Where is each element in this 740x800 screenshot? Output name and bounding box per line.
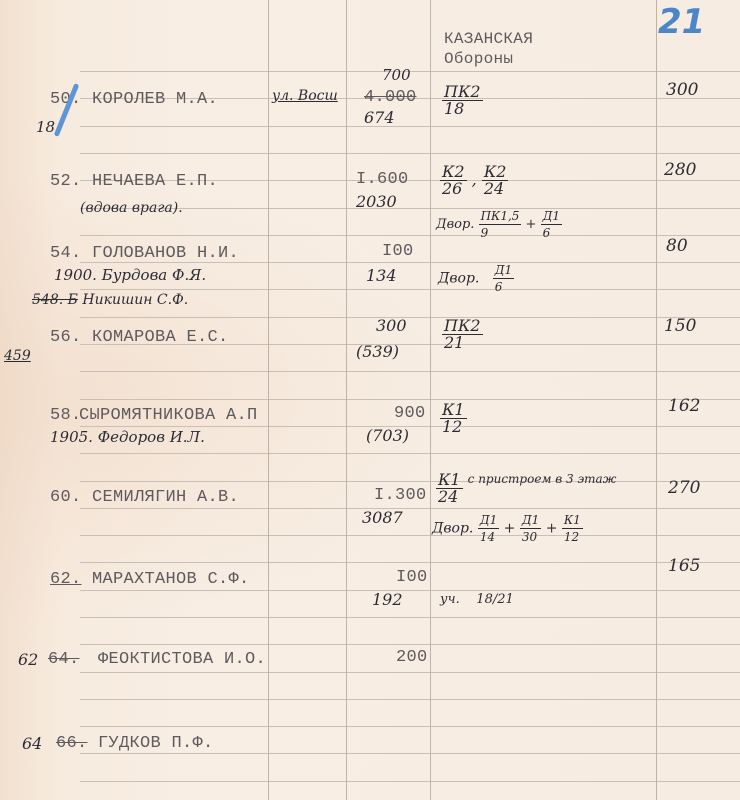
ruled-line [80, 126, 740, 127]
amount-hand-top: 300 [376, 316, 407, 335]
extra-codes: уч. 18/21 [440, 592, 514, 607]
amount-typed: 900 [394, 404, 426, 423]
column-divider [268, 0, 269, 800]
code-fractions: К226 , К224 [440, 164, 508, 197]
entry-sub-note: 1905. Федоров И.Л. [50, 428, 205, 446]
margin-note: 459 [4, 348, 31, 364]
ruled-line [80, 481, 740, 482]
entry-note: ул. Восш [272, 88, 338, 104]
amount-struck: 4.000 [364, 88, 417, 107]
ruled-line [80, 535, 740, 536]
entry-name: КОМАРОВА Е.С. [92, 328, 229, 347]
column-divider [430, 0, 431, 800]
amount-typed: I.600 [356, 170, 409, 189]
entry-value: 80 [666, 236, 688, 256]
entry-number: 54. [50, 244, 82, 263]
ruled-line [80, 235, 740, 236]
entry-name: СЕМИЛЯГИН А.В. [92, 488, 239, 507]
amount-correction: 700 [382, 66, 411, 84]
amount-hand: 134 [366, 266, 397, 285]
amount-typed: I.300 [374, 486, 427, 505]
entry-number: 58. [50, 406, 82, 425]
amount-hand: 2030 [356, 192, 397, 211]
amount-hand: 3087 [362, 508, 403, 527]
entry-name: ФЕОКТИСТОВА И.О. [98, 650, 266, 669]
amount-hand: 192 [372, 590, 403, 609]
street-name: КАЗАНСКАЯ [444, 30, 533, 48]
entry-name: ГУДКОВ П.Ф. [98, 734, 214, 753]
extra-codes: Двор. Д114 + Д130 + К112 [432, 512, 583, 545]
code-note: с пристроем в 3 этаж [468, 472, 617, 486]
ruled-line [80, 289, 740, 290]
ruled-line [80, 426, 740, 427]
ruled-line [80, 699, 740, 700]
ruled-line [80, 508, 740, 509]
street-subtitle: Обороны [444, 50, 513, 68]
page-number: 21 [658, 2, 705, 42]
ledger-page: 21 КАЗАНСКАЯ Обороны 50. 18 КОРОЛЕВ М.А.… [0, 0, 740, 800]
code-fraction: К112 [440, 402, 467, 435]
entry-value: 280 [664, 160, 696, 180]
entry-number: 56. [50, 328, 82, 347]
extra-codes: Двор. Д16 [438, 262, 514, 295]
ruled-line [80, 644, 740, 645]
column-divider [656, 0, 657, 800]
ruled-line [80, 371, 740, 372]
entry-number: 60. [50, 488, 82, 507]
entry-name: ГОЛОВАНОВ Н.И. [92, 244, 239, 263]
code-fraction: К124 с пристроем в 3 этаж [436, 472, 616, 505]
entry-name: НЕЧАЕВА Е.П. [92, 172, 218, 191]
ruled-line [80, 753, 740, 754]
code-fraction: ПК218 [442, 84, 483, 117]
entry-number: 62. [50, 570, 82, 589]
entry-value: 165 [668, 556, 700, 576]
renumber-note: 62 [18, 650, 38, 669]
entry-sub-note: 1900. Бурдова Ф.Я. [54, 266, 206, 284]
ruled-line [80, 672, 740, 673]
entry-name: СЫРОМЯТНИКОВА А.П [79, 406, 258, 425]
renumber-note: 64 [22, 734, 42, 753]
amount-hand: (703) [366, 426, 409, 445]
ruled-line [80, 153, 740, 154]
entry-value: 300 [666, 80, 698, 100]
entry-value: 162 [668, 396, 700, 416]
entry-value: 270 [668, 478, 700, 498]
amount-typed: 200 [396, 648, 428, 667]
entry-sub-note: (вдова врага). [80, 200, 183, 216]
entry-number: 52. [50, 172, 82, 191]
extra-codes: Двор. ПК1,59 + Д16 [436, 208, 562, 241]
entry-name: МАРАХТАНОВ С.Ф. [92, 570, 250, 589]
column-divider [346, 0, 347, 800]
amount-hand: 674 [364, 108, 395, 127]
ruled-line [80, 781, 740, 782]
entry-number: 66. [56, 734, 88, 753]
entry-value: 150 [664, 316, 696, 336]
entry-name: КОРОЛЕВ М.А. [92, 90, 218, 109]
ruled-line [80, 617, 740, 618]
ruled-line [80, 399, 740, 400]
ruled-line [80, 562, 740, 563]
ruled-line [80, 726, 740, 727]
ruled-line [80, 590, 740, 591]
amount-typed: I00 [382, 242, 414, 261]
ruled-line [80, 317, 740, 318]
amount-typed: I00 [396, 568, 428, 587]
entry-number: 64. [48, 650, 80, 669]
entry-sub-note-2: 548. Б Никишин С.Ф. [32, 292, 188, 308]
ruled-line [80, 453, 740, 454]
amount-hand: (539) [356, 342, 399, 361]
margin-note: 18 [36, 118, 55, 136]
code-fraction: ПК221 [442, 318, 483, 351]
